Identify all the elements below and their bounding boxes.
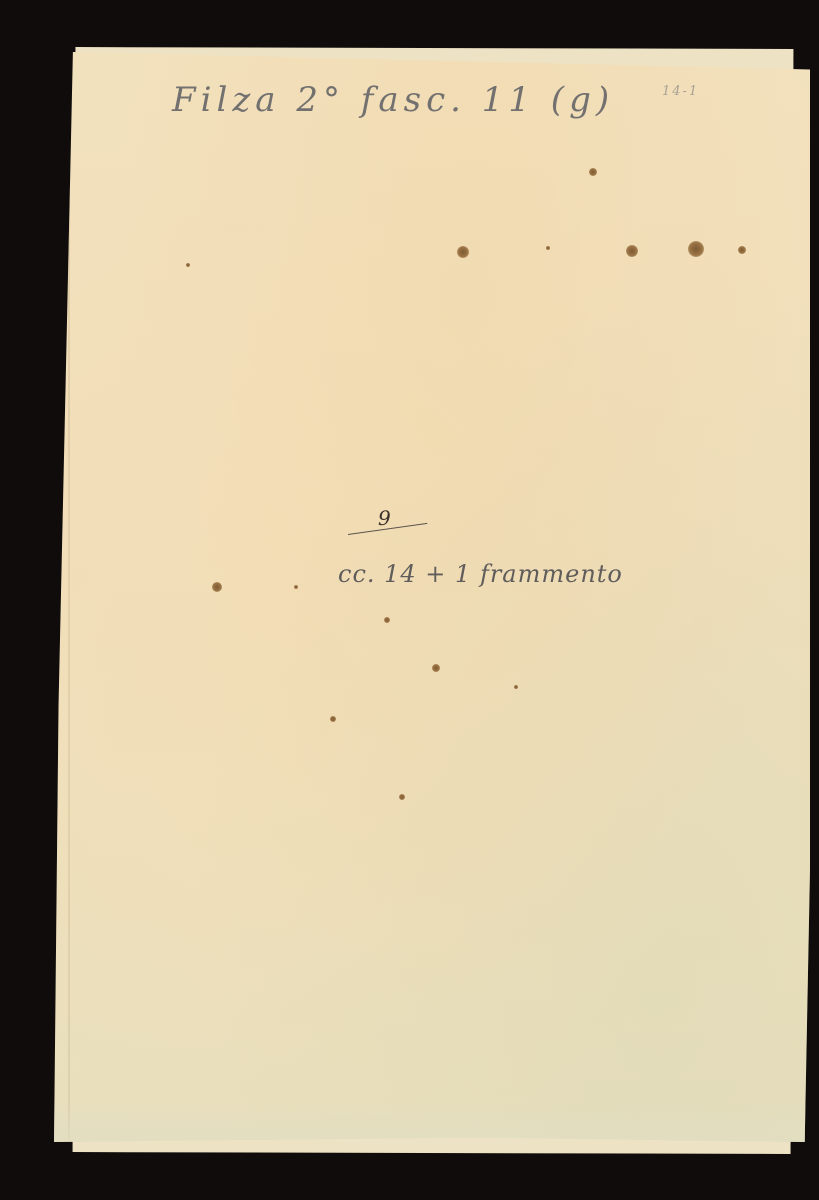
stain-spot [688,241,704,257]
stain-spot [330,716,336,722]
stain-spot [399,794,405,800]
sheet-count-note: cc. 14 + 1 frammento [338,560,623,588]
stain-spot [589,168,597,176]
folder-title: Filza 2° fasc. 11 (g) [172,80,614,120]
stain-spot [514,685,518,689]
stain-spot [294,585,298,589]
stain-spot [457,246,469,258]
folder-cover-sheet [54,52,810,1142]
reference-number: 14-1 [662,84,699,99]
stain-spot [546,246,550,250]
stain-spot [738,246,746,254]
folder-number: 9 [378,506,392,530]
stain-spot [626,245,638,257]
stain-spot [186,263,190,267]
stain-spot [432,664,440,672]
stain-spot [384,617,390,623]
paper-bottom-edge [54,1098,810,1142]
stain-spot [212,582,222,592]
